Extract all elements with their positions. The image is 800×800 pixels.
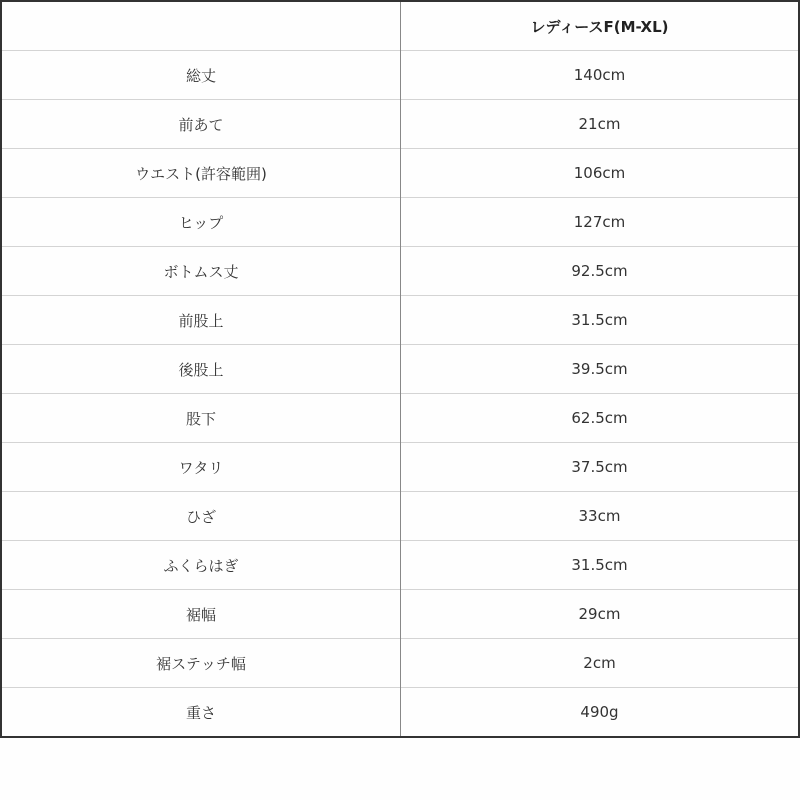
- measurement-value: 106cm: [401, 149, 800, 198]
- table-row: 重さ 490g: [1, 688, 799, 738]
- measurement-value: 2cm: [401, 639, 800, 688]
- measurement-value: 33cm: [401, 492, 800, 541]
- header-empty-cell: [1, 1, 401, 51]
- header-size-cell: レディースF(M-XL): [401, 1, 800, 51]
- table-row: 裾幅 29cm: [1, 590, 799, 639]
- table-row: 裾ステッチ幅 2cm: [1, 639, 799, 688]
- measurement-label: 前股上: [1, 296, 401, 345]
- measurement-label: 裾ステッチ幅: [1, 639, 401, 688]
- measurement-label: 裾幅: [1, 590, 401, 639]
- measurement-value: 39.5cm: [401, 345, 800, 394]
- measurement-label: ウエスト(許容範囲): [1, 149, 401, 198]
- measurement-value: 31.5cm: [401, 296, 800, 345]
- table-row: 前あて 21cm: [1, 100, 799, 149]
- measurement-value: 29cm: [401, 590, 800, 639]
- measurement-value: 127cm: [401, 198, 800, 247]
- measurement-label: ふくらはぎ: [1, 541, 401, 590]
- measurement-label: ヒップ: [1, 198, 401, 247]
- measurement-label: 股下: [1, 394, 401, 443]
- table-row: 総丈 140cm: [1, 51, 799, 100]
- table-row: 後股上 39.5cm: [1, 345, 799, 394]
- measurement-label: 重さ: [1, 688, 401, 738]
- table-row: ひざ 33cm: [1, 492, 799, 541]
- measurement-label: ボトムス丈: [1, 247, 401, 296]
- measurement-value: 92.5cm: [401, 247, 800, 296]
- measurement-value: 37.5cm: [401, 443, 800, 492]
- measurement-label: 前あて: [1, 100, 401, 149]
- measurement-label: 総丈: [1, 51, 401, 100]
- measurement-value: 490g: [401, 688, 800, 738]
- table-row: ワタリ 37.5cm: [1, 443, 799, 492]
- measurement-value: 21cm: [401, 100, 800, 149]
- table-row: ウエスト(許容範囲) 106cm: [1, 149, 799, 198]
- table-row: 股下 62.5cm: [1, 394, 799, 443]
- measurement-value: 140cm: [401, 51, 800, 100]
- measurement-label: ワタリ: [1, 443, 401, 492]
- measurement-label: 後股上: [1, 345, 401, 394]
- size-chart-table: レディースF(M-XL) 総丈 140cm 前あて 21cm ウエスト(許容範囲…: [0, 0, 800, 738]
- table-row: 前股上 31.5cm: [1, 296, 799, 345]
- measurement-label: ひざ: [1, 492, 401, 541]
- measurement-value: 62.5cm: [401, 394, 800, 443]
- table-row: ふくらはぎ 31.5cm: [1, 541, 799, 590]
- header-row: レディースF(M-XL): [1, 1, 799, 51]
- measurement-value: 31.5cm: [401, 541, 800, 590]
- table-row: ヒップ 127cm: [1, 198, 799, 247]
- table-row: ボトムス丈 92.5cm: [1, 247, 799, 296]
